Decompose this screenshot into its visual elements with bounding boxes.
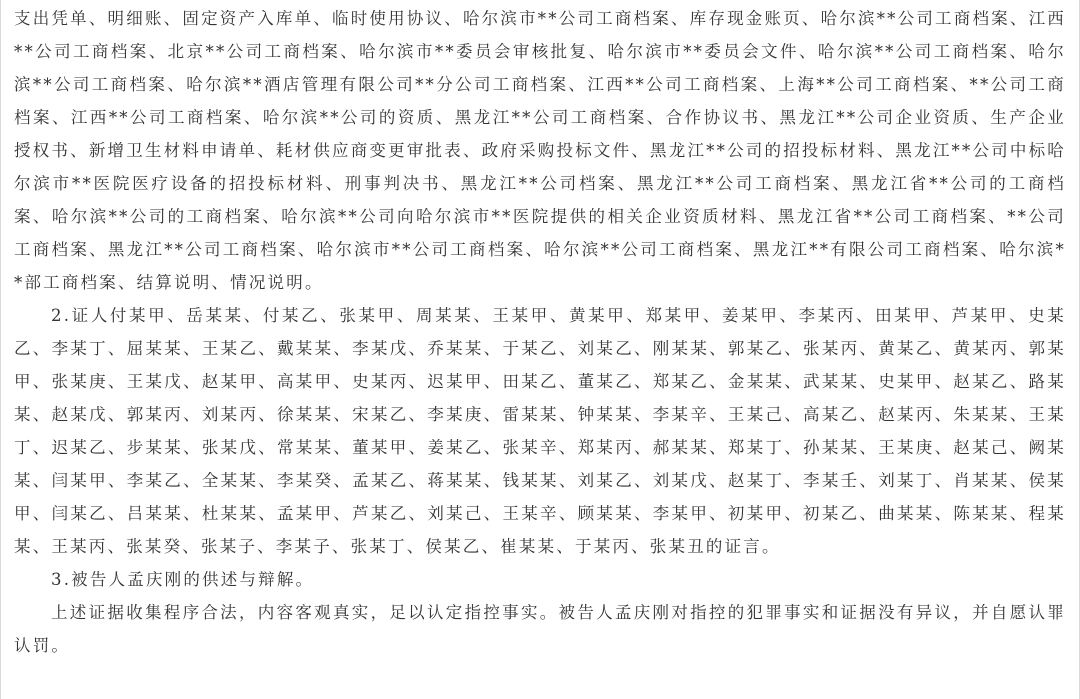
paragraph-witness-list: 2.证人付某甲、岳某某、付某乙、张某甲、周某某、王某甲、黄某甲、郑某甲、姜某甲、… bbox=[14, 299, 1066, 563]
paragraph-evidence-list: 支出凭单、明细账、固定资产入库单、临时使用协议、哈尔滨市**公司工商档案、库存现… bbox=[14, 2, 1066, 299]
document-page: 支出凭单、明细账、固定资产入库单、临时使用协议、哈尔滨市**公司工商档案、库存现… bbox=[0, 0, 1080, 699]
paragraph-defendant-statement: 3.被告人孟庆刚的供述与辩解。 bbox=[14, 563, 1066, 596]
paragraph-evidence-conclusion: 上述证据收集程序合法，内容客观真实，足以认定指控事实。被告人孟庆刚对指控的犯罪事… bbox=[14, 596, 1066, 662]
